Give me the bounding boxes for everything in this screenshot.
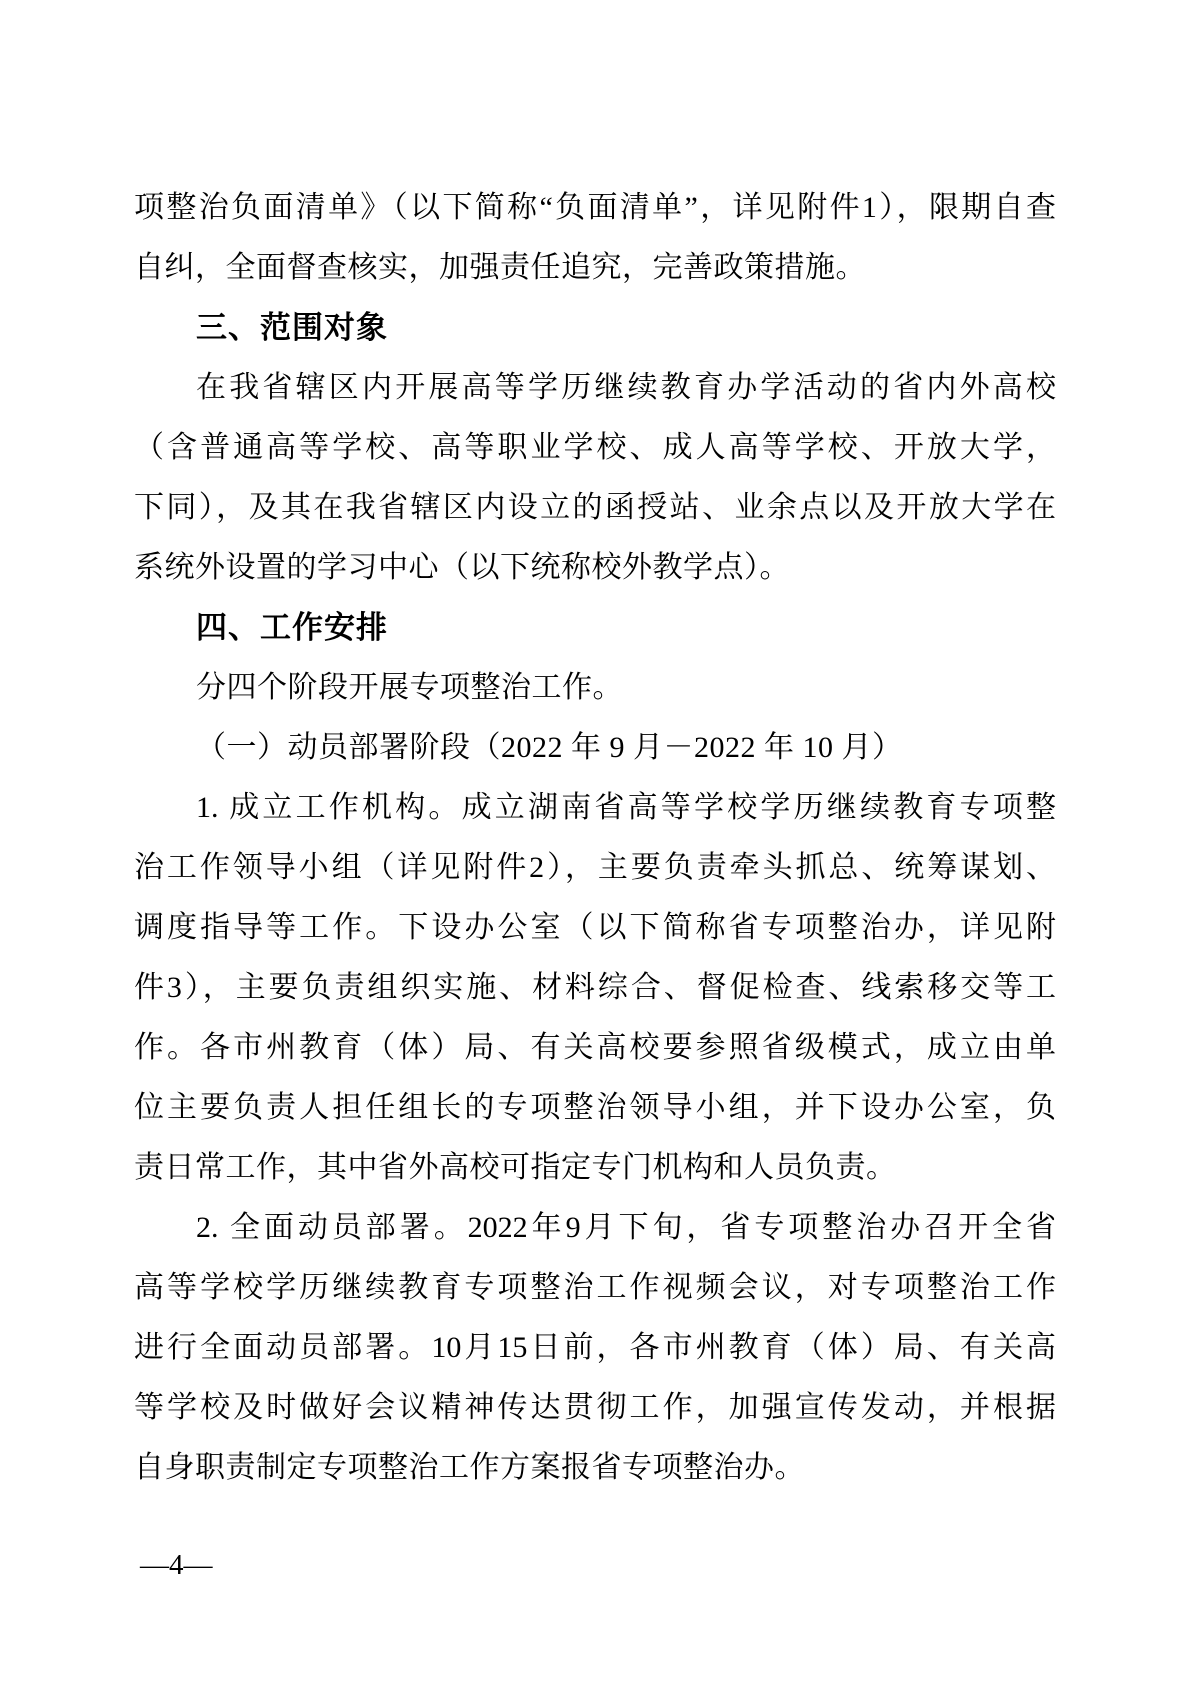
text-line: 在我省辖区内开展高等学历继续教育办学活动的省内外高校 [134, 358, 1056, 418]
text-line: （含普通高等学校、高等职业学校、成人高等学校、开放大学， [134, 418, 1056, 478]
document-body: 项整治负面清单》（以下简称“负面清单”，详见附件1），限期自查自纠，全面督查核实… [134, 178, 1056, 1498]
text-line: 件3），主要负责组织实施、材料综合、督促检查、线索移交等工 [134, 958, 1056, 1018]
text-line: 责日常工作，其中省外高校可指定专门机构和人员负责。 [134, 1138, 1056, 1198]
text-line: 高等学校学历继续教育专项整治工作视频会议，对专项整治工作 [134, 1258, 1056, 1318]
stage-subheading: （一）动员部署阶段（2022 年 9 月－2022 年 10 月） [134, 718, 1056, 778]
text-line: 等学校及时做好会议精神传达贯彻工作，加强宣传发动，并根据 [134, 1378, 1056, 1438]
text-line: 进行全面动员部署。10月15日前，各市州教育（体）局、有关高 [134, 1318, 1056, 1378]
text-line: 自身职责制定专项整治工作方案报省专项整治办。 [134, 1438, 1056, 1498]
text-line: 治工作领导小组（详见附件2），主要负责牵头抓总、统筹谋划、 [134, 838, 1056, 898]
text-line: 分四个阶段开展专项整治工作。 [134, 658, 1056, 718]
text-line: 自纠，全面督查核实，加强责任追究，完善政策措施。 [134, 238, 1056, 298]
text-line: 调度指导等工作。下设办公室（以下简称省专项整治办，详见附 [134, 898, 1056, 958]
text-line: 项整治负面清单》（以下简称“负面清单”，详见附件1），限期自查 [134, 178, 1056, 238]
text-line: 1. 成立工作机构。成立湖南省高等学校学历继续教育专项整 [134, 778, 1056, 838]
text-line: 作。各市州教育（体）局、有关高校要参照省级模式，成立由单 [134, 1018, 1056, 1078]
page-number: —4— [140, 1549, 213, 1581]
section-heading: 三、范围对象 [134, 298, 1056, 358]
text-line: 2. 全面动员部署。2022年9月下旬，省专项整治办召开全省 [134, 1198, 1056, 1258]
text-line: 下同），及其在我省辖区内设立的函授站、业余点以及开放大学在 [134, 478, 1056, 538]
document-page: 项整治负面清单》（以下简称“负面清单”，详见附件1），限期自查自纠，全面督查核实… [0, 0, 1191, 1684]
text-line: 系统外设置的学习中心（以下统称校外教学点）。 [134, 538, 1056, 598]
page-footer: —4— [140, 1547, 213, 1583]
section-heading: 四、工作安排 [134, 598, 1056, 658]
text-line: 位主要负责人担任组长的专项整治领导小组，并下设办公室，负 [134, 1078, 1056, 1138]
